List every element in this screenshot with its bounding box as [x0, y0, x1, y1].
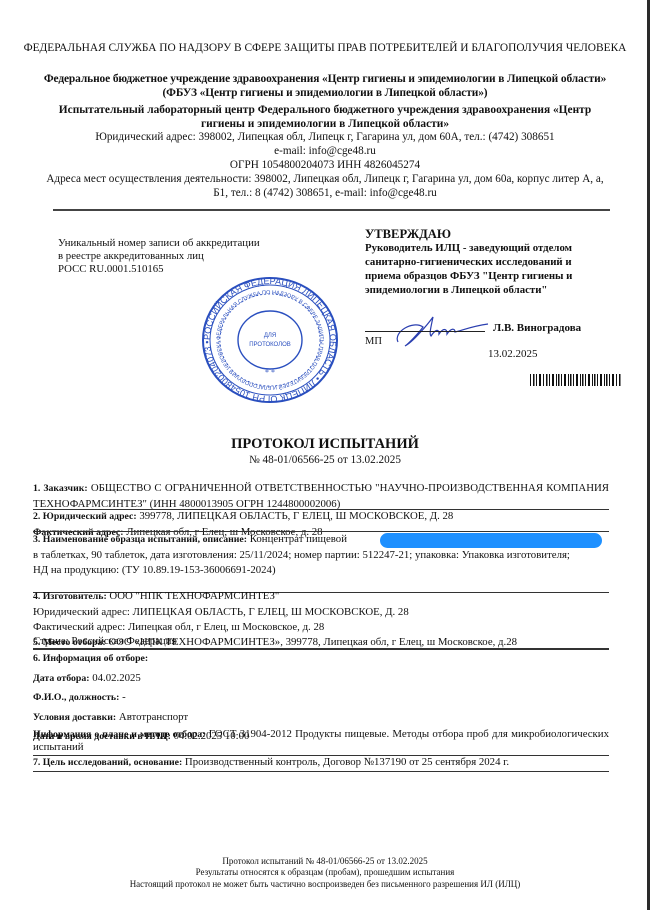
section-purpose: 7. Цель исследований, основание: Произво…: [33, 755, 609, 771]
approval-block: УТВЕРЖДАЮ Руководитель ИЛЦ - заведующий …: [365, 227, 625, 297]
signature-icon: [393, 312, 493, 357]
section-customer: 1. Заказчик: ОБЩЕСТВО С ОГРАНИЧЕННОЙ ОТВ…: [33, 481, 609, 512]
svg-text:ДЛЯ: ДЛЯ: [264, 333, 276, 339]
stamp-place-label: МП: [365, 336, 382, 347]
divider: [33, 771, 609, 772]
signature-line: [365, 331, 485, 332]
lab-contacts: Юридический адрес: 398002, Липецкая обл,…: [0, 130, 650, 173]
svg-text:* *: * *: [265, 368, 275, 377]
approval-date: 13.02.2025: [488, 348, 538, 360]
svg-text:ПРОТОКОЛОВ: ПРОТОКОЛОВ: [249, 342, 291, 348]
lab-name: Испытательный лабораторный центр Федерал…: [0, 103, 650, 131]
approval-title: УТВЕРЖДАЮ: [365, 227, 625, 241]
institution-name: Федеральное бюджетное учреждение здравоо…: [0, 72, 650, 100]
protocol-number: № 48-01/06566-25 от 13.02.2025: [0, 454, 650, 466]
stamp-seal-icon: РОССИЙСКАЯ ФЕДЕРАЦИЯ ЛИПЕЦКАЯ ОБЛАСТЬ • …: [200, 275, 340, 410]
redaction-mark: [380, 533, 602, 548]
footer: Протокол испытаний № 48-01/06566-25 от 1…: [0, 856, 650, 890]
protocol-title: ПРОТОКОЛ ИСПЫТАНИЙ: [0, 436, 650, 453]
agency-name: ФЕДЕРАЛЬНАЯ СЛУЖБА ПО НАДЗОРУ В СФЕРЕ ЗА…: [0, 41, 650, 55]
header-divider: [53, 209, 610, 211]
section-sampling-method: Информация о плане и методе отбора: ГОСТ…: [33, 728, 609, 754]
accreditation-block: Уникальный номер записи об аккредитации …: [58, 237, 260, 276]
barcode-icon: [530, 373, 622, 385]
activity-address: Адреса мест осуществления деятельности: …: [0, 172, 650, 200]
signer-name: Л.В. Виноградова: [493, 322, 581, 334]
